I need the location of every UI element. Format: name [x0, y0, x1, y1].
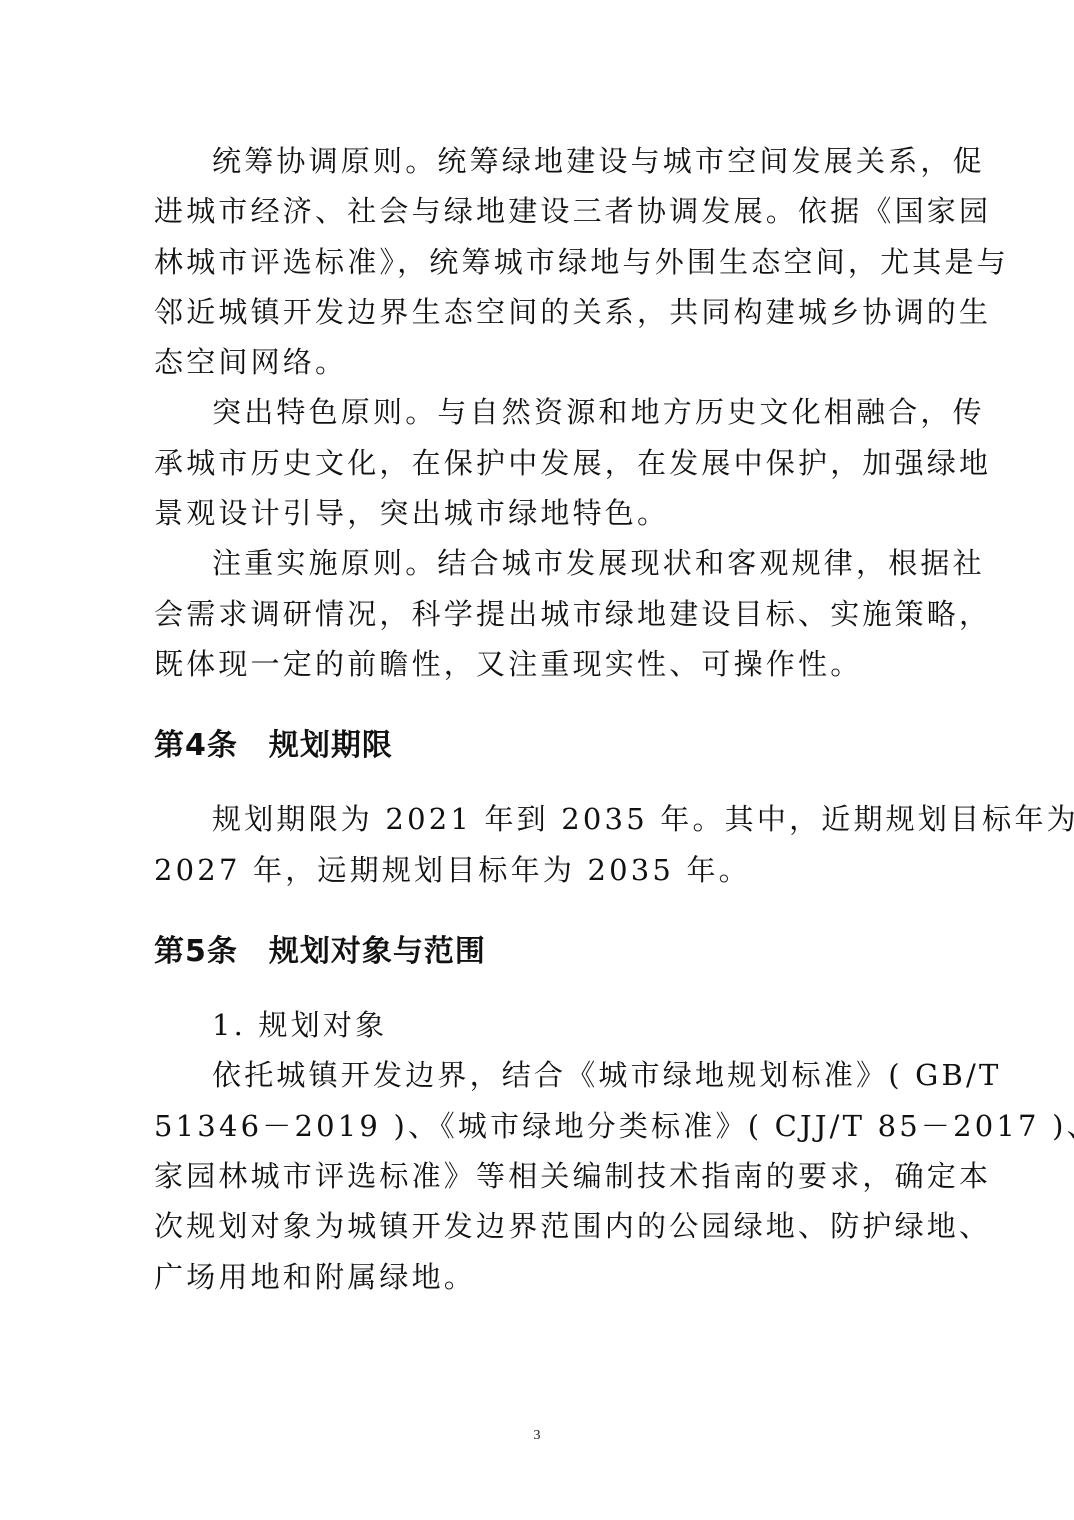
- paragraph-line: 依托城镇开发边界，结合《城市绿地规划标准》( GB/T: [212, 1058, 934, 1092]
- subsection-heading: 1. 规划对象: [212, 1008, 934, 1042]
- paragraph-line: 邻近城镇开发边界生态空间的关系，共同构建城乡协调的生: [154, 295, 934, 329]
- paragraph-line: 51346－2019 )、《城市绿地分类标准》( CJJ/T 85－2017 )…: [154, 1109, 934, 1143]
- paragraph-line: 态空间网络。: [154, 345, 934, 379]
- paragraph-line: 景观设计引导，突出城市绿地特色。: [154, 496, 934, 530]
- page-number: 3: [0, 1428, 1074, 1444]
- paragraph-line: 进城市经济、社会与绿地建设三者协调发展。依据《国家园: [154, 194, 934, 228]
- paragraph-line: 既体现一定的前瞻性，又注重现实性、可操作性。: [154, 647, 934, 681]
- paragraph-line: 突出特色原则。与自然资源和地方历史文化相融合，传: [212, 395, 934, 429]
- paragraph-line: 次规划对象为城镇开发边界范围内的公园绿地、防护绿地、: [154, 1209, 934, 1243]
- paragraph-line: 广场用地和附属绿地。: [154, 1260, 934, 1294]
- paragraph-line: 2027 年，远期规划目标年为 2035 年。: [154, 853, 934, 887]
- paragraph-line: 规划期限为 2021 年到 2035 年。其中，近期规划目标年为: [212, 802, 934, 836]
- document-page: 统筹协调原则。统筹绿地建设与城市空间发展关系，促 进城市经济、社会与绿地建设三者…: [0, 0, 1074, 1520]
- paragraph-line: 家园林城市评选标准》等相关编制技术指南的要求，确定本: [154, 1159, 934, 1193]
- paragraph-line: 统筹协调原则。统筹绿地建设与城市空间发展关系，促: [212, 144, 934, 178]
- paragraph-line: 会需求调研情况，科学提出城市绿地建设目标、实施策略，: [154, 597, 934, 631]
- paragraph-line: 注重实施原则。结合城市发展现状和客观规律，根据社: [212, 546, 934, 580]
- paragraph-line: 承城市历史文化，在保护中发展，在发展中保护，加强绿地: [154, 446, 934, 480]
- paragraph-line: 林城市评选标准》，统筹城市绿地与外围生态空间，尤其是与: [154, 245, 934, 279]
- article-heading: 第5条 规划对象与范围: [154, 926, 486, 970]
- article-heading: 第4条 规划期限: [154, 720, 393, 764]
